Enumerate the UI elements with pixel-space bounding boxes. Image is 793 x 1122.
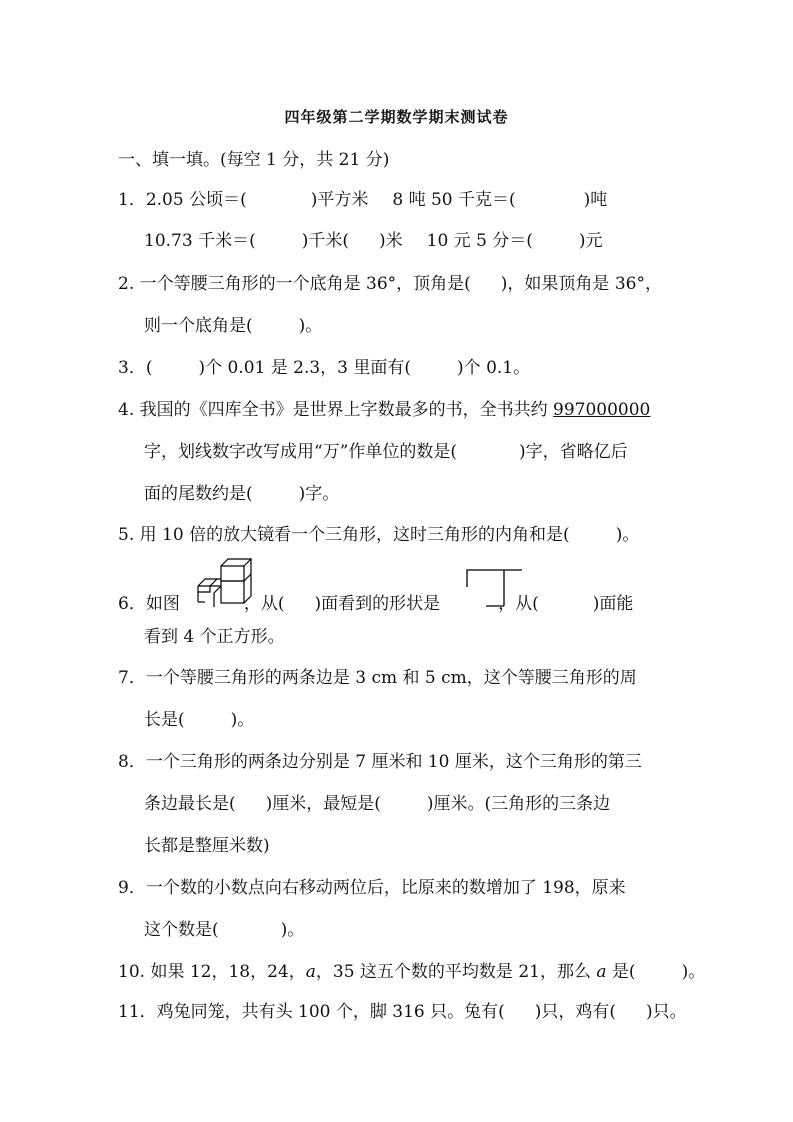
q10-text: 是( [607,962,636,982]
q8-text: )厘米，最短是( [266,794,381,814]
q7-text: )。 [231,710,255,730]
question-9-line-2: 这个数是()。 [144,918,304,942]
question-4-line-2: 字，划线数字改写成用“万”作单位的数是()字，省略亿后 [144,440,628,464]
question-11: 11．鸡兔同笼，共有头 100 个，脚 316 只。兔有()只，鸡有()只。 [118,1000,687,1024]
question-8-line-3: 长都是整厘米数) [144,834,270,858]
question-5: 5. 用 10 倍的放大镜看一个三角形，这时三角形的内角和是()。 [118,523,639,547]
q6-text: )面能 [593,594,634,614]
q4-text: )字。 [299,484,340,504]
section-heading: 一、填一填。(每空 1 分，共 21 分) [118,148,389,172]
question-1-line-1: 1．2.05 公顷＝()平方米8 吨 50 千克＝()吨 [118,188,607,212]
q4-text: 4. 我国的《四库全书》是世界上字数最多的书，全书共约 [118,400,553,420]
q1-text: 10.73 千米＝( [144,231,256,251]
q2-text: )，如果顶角是 36°， [501,274,662,294]
question-4-line-3: 面的尾数约是()字。 [144,482,339,506]
question-3: 3．()个 0.01 是 2.3，3 里面有()个 0.1。 [118,356,530,380]
q8-text: )厘米。(三角形的三条边 [427,794,610,814]
question-2-line-1: 2. 一个等腰三角形的一个底角是 36°，顶角是()，如果顶角是 36°， [118,272,662,296]
q5-text: )。 [616,525,640,545]
question-1-line-2: 10.73 千米＝()千米()米10 元 5 分＝()元 [144,229,603,253]
cube-stack-figure [184,555,254,607]
question-2-line-2: 则一个底角是()。 [144,314,322,338]
q6-text: 6．如图 [118,594,180,614]
q9-text: 这个数是( [144,920,219,940]
q2-text: 2. 一个等腰三角形的一个底角是 36°，顶角是( [118,274,471,294]
q5-text: 5. 用 10 倍的放大镜看一个三角形，这时三角形的内角和是( [118,525,570,545]
q8-text: 条边最长是( [144,794,236,814]
q3-text: 3．( [118,358,152,378]
q4-text: )字，省略亿后 [519,442,628,462]
q1-text: )米 [379,231,403,251]
q1-text: 8 吨 50 千克＝( [392,190,515,210]
question-4-line-1: 4. 我国的《四库全书》是世界上字数最多的书，全书共约 997000000 [118,398,650,422]
variable-a: a [306,962,316,982]
variable-a: a [596,962,606,982]
question-7-line-1: 7．一个等腰三角形的两条边是 3 cm 和 5 cm，这个等腰三角形的周 [118,666,637,690]
q3-text: )个 0.01 是 2.3，3 里面有( [198,358,411,378]
q3-text: )个 0.1。 [457,358,530,378]
q11-text: )只。 [646,1002,687,1022]
q1-text: 10 元 5 分＝( [427,231,533,251]
q9-text: )。 [281,920,305,940]
question-10: 10. 如果 12，18，24，a，35 这五个数的平均数是 21，那么 a 是… [118,960,705,984]
question-7-line-2: 长是()。 [144,708,254,732]
question-8-line-1: 8．一个三角形的两条边分别是 7 厘米和 10 厘米，这个三角形的第三 [118,750,642,774]
underlined-number: 997000000 [553,400,650,420]
question-9-line-1: 9．一个数的小数点向右移动两位后，比原来的数增加了 198，原来 [118,876,626,900]
question-8-line-2: 条边最长是()厘米，最短是()厘米。(三角形的三条边 [144,792,610,816]
q2-text: )。 [299,316,323,336]
q4-text: 面的尾数约是( [144,484,253,504]
q1-text: 1．2.05 公顷＝( [118,190,247,210]
page-title: 四年级第二学期数学期末测试卷 [0,106,793,127]
q7-text: 长是( [144,710,185,730]
q10-text: ，35 这五个数的平均数是 21，那么 [316,962,596,982]
q6-text: )面看到的形状是 [314,594,440,614]
q1-text: )千米( [302,231,349,251]
q10-text: )。 [682,962,706,982]
q1-text: )平方米 [311,190,369,210]
question-6-line-2: 看到 4 个正方形。 [144,625,285,649]
q2-text: 则一个底角是( [144,316,253,336]
q10-text: 10. 如果 12，18，24， [118,962,306,982]
q11-text: 11．鸡兔同笼，共有头 100 个，脚 316 只。兔有( [118,1002,505,1022]
q4-text: 字，划线数字改写成用“万”作单位的数是( [144,442,457,462]
q1-text: )吨 [584,190,608,210]
q1-text: )元 [579,231,603,251]
view-shape-figure [466,569,526,611]
q11-text: )只，鸡有( [535,1002,616,1022]
